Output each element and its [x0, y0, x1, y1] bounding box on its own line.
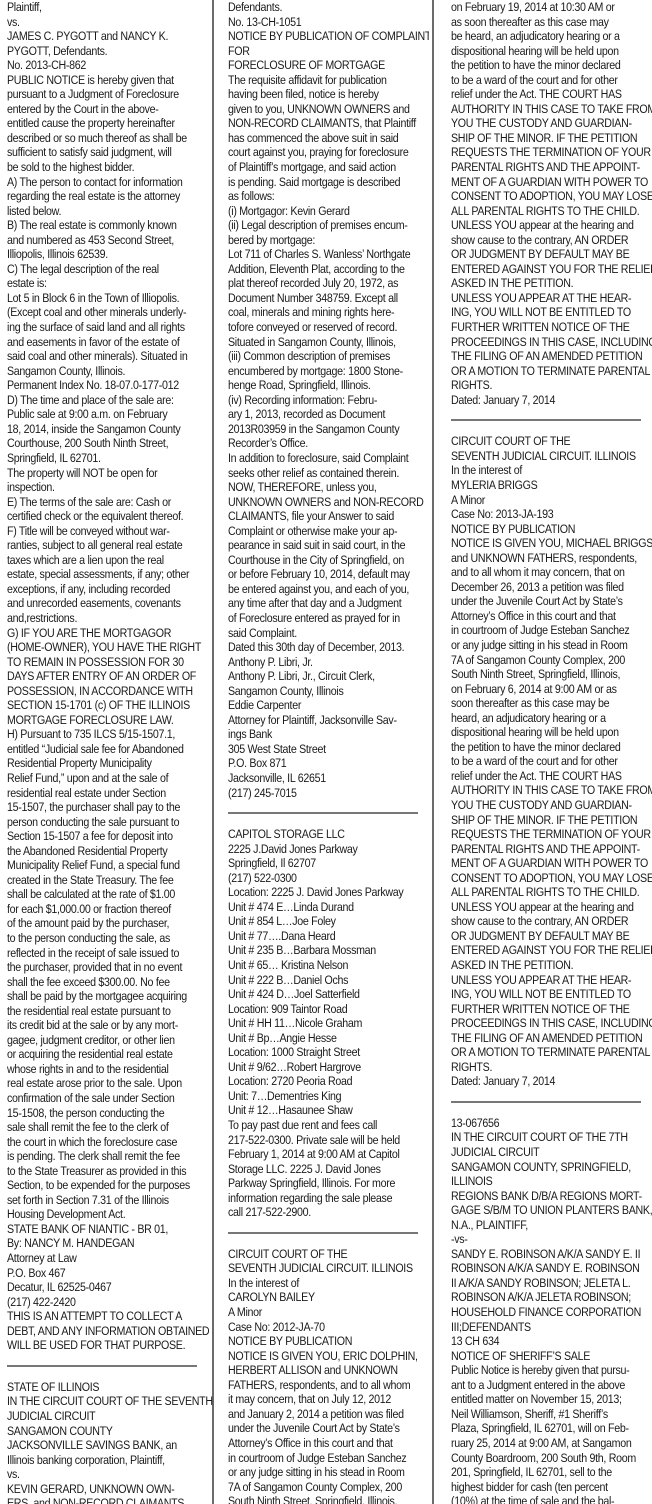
- notice-text-line: Unit # 474 E…Linda Durand: [228, 900, 423, 915]
- notice-text-line: Unit: 7…Dementries King: [228, 1089, 423, 1104]
- notice-separator: [228, 1232, 418, 1234]
- notice-text-line: entitled matter on November 15, 2013;: [451, 1392, 650, 1407]
- notice-text-line: the court in which the foreclosure case: [7, 1135, 209, 1150]
- notice-text-line: C) The legal description of the real: [7, 262, 209, 277]
- notice-text-line: be sold to the highest bidder.: [7, 160, 209, 175]
- notice-text-line: soon thereafter as this case may be: [451, 696, 650, 711]
- notice-text-line: CAPITOL STORAGE LLC: [228, 827, 423, 842]
- notice-text-line: Relief Fund,” upon and at the sale of: [7, 771, 209, 786]
- notice-text-line: be heard, an adjudicatory hearing or a: [451, 29, 650, 44]
- notice-text-line: Dated this 30th day of December, 2013.: [228, 640, 423, 655]
- notice-text-line: Defendants.: [228, 0, 423, 15]
- notice-text-line: The property will NOT be open for: [7, 466, 209, 481]
- notice-text-line: DEBT, AND ANY INFORMATION OBTAINED: [7, 1324, 209, 1339]
- notice-text-line: 15-1508, the person conducting the: [7, 1106, 209, 1121]
- notice-text-line: ALL PARENTAL RIGHTS TO THE CHILD.: [451, 885, 650, 900]
- notice-text-line: described or so much thereof as shall be: [7, 131, 209, 146]
- notice-text-line: Location: 909 Taintor Road: [228, 1002, 423, 1017]
- notice-text-line: is pending. Said mortgage is described: [228, 175, 423, 190]
- juvenile-notice-carolyn-bailey-continued: on February 19, 2014 at 10:30 AM oras so…: [451, 0, 650, 407]
- notice-text-line: Anthony P. Libri, Jr., Circuit Clerk,: [228, 669, 423, 684]
- notice-text-line: (217) 522-0300: [228, 871, 423, 886]
- notice-text-line: listed below.: [7, 204, 209, 219]
- notice-text-line: No. 2013-CH-862: [7, 58, 209, 73]
- notice-text-line: JUDICIAL CIRCUIT: [451, 1145, 650, 1160]
- notice-text-line: ILLINOIS: [451, 1174, 650, 1189]
- notice-text-line: 7A of Sangamon County Complex, 200: [451, 653, 650, 668]
- notice-text-line: NON-RECORD CLAIMANTS, that Plaintiff: [228, 116, 423, 131]
- notice-text-line: UNLESS YOU appear at the hearing and: [451, 218, 650, 233]
- notice-text-line: Residential Property Municipality: [7, 756, 209, 771]
- notice-text-line: be entered against you, and each of you,: [228, 582, 423, 597]
- notice-text-line: December 26, 2013 a petition was filed: [451, 580, 650, 595]
- notice-text-line: P.O. Box 871: [228, 756, 423, 771]
- notice-text-line: call 217-522-2900.: [228, 1205, 423, 1220]
- notice-text-line: reflected in the receipt of sale issued …: [7, 946, 209, 961]
- notice-text-line: III;DEFENDANTS: [451, 1320, 650, 1335]
- notice-separator: [451, 1101, 641, 1103]
- notice-text-line: Section 15-1507 a fee for deposit into: [7, 829, 209, 844]
- notice-text-line: Courthouse in the City of Springfield, o…: [228, 553, 423, 568]
- notice-text-line: 18, 2014, inside the Sangamon County: [7, 422, 209, 437]
- notice-text-line: MENT OF A GUARDIAN WITH POWER TO: [451, 175, 650, 190]
- notice-text-line: Springfield, Il 62707: [228, 856, 423, 871]
- notice-text-line: UNLESS YOU APPEAR AT THE HEAR-: [451, 973, 650, 988]
- notice-text-line: or acquiring the residential real estate: [7, 1047, 209, 1062]
- notice-text-line: of Foreclosure entered as prayed for in: [228, 611, 423, 626]
- notice-text-line: ROBINSON A/K/A JELETA ROBINSON;: [451, 1290, 650, 1305]
- notice-text-line: relief under the Act. THE COURT HAS: [451, 87, 650, 102]
- juvenile-notice-myleria-briggs: CIRCUIT COURT OF THESEVENTH JUDICIAL CIR…: [451, 434, 650, 1089]
- notice-text-line: Neil Williamson, Sheriff, #1 Sheriff’s: [451, 1407, 650, 1422]
- notice-text-line: Unit # 9/62…Robert Hargrove: [228, 1060, 423, 1075]
- notice-text-line: (HOME-OWNER), YOU HAVE THE RIGHT: [7, 640, 209, 655]
- notice-text-line: on February 19, 2014 at 10:30 AM or: [451, 0, 650, 15]
- notice-text-line: CAROLYN BAILEY: [228, 1290, 423, 1305]
- notice-text-line: vs.: [7, 1467, 209, 1482]
- notice-text-line: SHIP OF THE MINOR. IF THE PETITION: [451, 131, 650, 146]
- notice-text-line: to be a ward of the court and for other: [451, 73, 650, 88]
- notice-text-line: exceptions, if any, including recorded: [7, 582, 209, 597]
- juvenile-notice-carolyn-bailey: CIRCUIT COURT OF THESEVENTH JUDICIAL CIR…: [228, 1247, 423, 1504]
- notice-text-line: Sangamon County, Illinois: [228, 684, 423, 699]
- notice-text-line: it may concern, that on July 12, 2012: [228, 1392, 423, 1407]
- notice-text-line: ranties, subject to all general real est…: [7, 538, 209, 553]
- notice-text-line: THIS IS AN ATTEMPT TO COLLECT A: [7, 1309, 209, 1324]
- notice-text-line: NOTICE IS GIVEN YOU, MICHAEL BRIGGS: [451, 536, 650, 551]
- notice-text-line: ing the surface of said land and all rig…: [7, 320, 209, 335]
- notice-text-line: E) The terms of the sale are: Cash or: [7, 495, 209, 510]
- notice-text-line: Section, to be expended for the purposes: [7, 1178, 209, 1193]
- notice-text-line: said coal and other minerals). Situated …: [7, 349, 209, 364]
- notice-text-line: 2013R03959 in the Sangamon County: [228, 422, 423, 437]
- notice-text-line: SECTION 15-1701 (c) OF THE ILLINOIS: [7, 698, 209, 713]
- notice-text-line: IN THE CIRCUIT COURT OF THE SEVENTH: [7, 1394, 209, 1409]
- notice-text-line: the petition to have the minor declared: [451, 58, 650, 73]
- notice-text-line: taxes which are a lien upon the real: [7, 553, 209, 568]
- notice-text-line: NOTICE OF SHERIFF’S SALE: [451, 1349, 650, 1364]
- notice-text-line: A) The person to contact for information: [7, 175, 209, 190]
- notice-text-line: of Plaintiff’s mortgage, and said action: [228, 160, 423, 175]
- notice-text-line: sale shall remit the fee to the clerk of: [7, 1120, 209, 1135]
- notice-text-line: SANDY E. ROBINSON A/K/A SANDY E. II: [451, 1247, 650, 1262]
- notice-text-line: in courtroom of Judge Esteban Sanchez: [228, 1451, 423, 1466]
- notice-text-line: Lot 5 in Block 6 in the Town of Illiopol…: [7, 291, 209, 306]
- notice-text-line: By: NANCY M. HANDEGAN: [7, 1236, 209, 1251]
- notice-text-line: and numbered as 453 Second Street,: [7, 233, 209, 248]
- notice-text-line: Unit # 424 D…Joel Satterfield: [228, 987, 423, 1002]
- complaint-foreclosure-notice-gerard: Defendants.No. 13-CH-1051NOTICE BY PUBLI…: [228, 0, 423, 800]
- notice-text-line: henge Road, Springfield, Illinois.: [228, 378, 423, 393]
- notice-text-line: person conducting the sale pursuant to: [7, 815, 209, 830]
- notice-text-line: FATHERS, respondents, and to all whom: [228, 1378, 423, 1393]
- notice-text-line: the residential real estate pursuant to: [7, 1004, 209, 1019]
- notice-text-line: PROCEEDINGS IN THIS CASE, INCLUDING: [451, 1016, 650, 1031]
- notice-text-line: OR JUDGMENT BY DEFAULT MAY BE: [451, 929, 650, 944]
- notice-text-line: Unit # 77….Dana Heard: [228, 929, 423, 944]
- notice-separator: [451, 419, 641, 421]
- notice-text-line: KEVIN GERARD, UNKNOWN OWN-: [7, 1482, 209, 1497]
- notice-text-line: GAGE S/B/M TO UNION PLANTERS BANK,: [451, 1203, 650, 1218]
- notice-text-line: CIRCUIT COURT OF THE: [451, 434, 650, 449]
- notice-text-line: as follows:: [228, 189, 423, 204]
- notice-text-line: AUTHORITY IN THIS CASE TO TAKE FROM: [451, 102, 650, 117]
- notice-text-line: regarding the real estate is the attorne…: [7, 189, 209, 204]
- notice-text-line: Unit # 65… Kristina Nelson: [228, 958, 423, 973]
- notice-text-line: set forth in Section 7.31 of the Illinoi…: [7, 1193, 209, 1208]
- notice-text-line: dispositional hearing will be held upon: [451, 44, 650, 59]
- notice-text-line: Decatur, IL 62525-0467: [7, 1280, 209, 1295]
- notice-text-line: entitled cause the property hereinafter: [7, 116, 209, 131]
- notice-text-line: A Minor: [228, 1305, 423, 1320]
- notice-text-line: Sangamon County, Illinois.: [7, 364, 209, 379]
- notice-text-line: PARENTAL RIGHTS AND THE APPOINT-: [451, 160, 650, 175]
- notice-text-line: Location: 2225 J. David Jones Parkway: [228, 885, 423, 900]
- notice-text-line: has commenced the above suit in said: [228, 131, 423, 146]
- notice-text-line: HOUSEHOLD FINANCE CORPORATION: [451, 1305, 650, 1320]
- notice-text-line: PUBLIC NOTICE is hereby given that: [7, 73, 209, 88]
- notice-text-line: N.A., PLAINTIFF,: [451, 1218, 650, 1233]
- notice-text-line: Unit # 222 B…Daniel Ochs: [228, 973, 423, 988]
- notice-text-line: court against you, praying for foreclosu…: [228, 145, 423, 160]
- notice-text-line: P.O. Box 467: [7, 1266, 209, 1281]
- notice-text-line: II A/K/A SANDY ROBINSON; JELETA L.: [451, 1276, 650, 1291]
- notice-text-line: heard, an adjudicatory hearing or a: [451, 711, 650, 726]
- notice-text-line: bered by mortgage:: [228, 233, 423, 248]
- notice-text-line: STATE OF ILLINOIS: [7, 1380, 209, 1395]
- notice-text-line: residential real estate under Section: [7, 786, 209, 801]
- notice-text-line: shall be calculated at the rate of $1.00: [7, 887, 209, 902]
- notice-text-line: South Ninth Street, Springfield, Illinoi…: [451, 667, 650, 682]
- notice-text-line: NOTICE BY PUBLICATION: [228, 1334, 423, 1349]
- notice-text-line: Unit # Bp…Angie Hesse: [228, 1031, 423, 1046]
- notice-text-line: Municipality Relief Fund, a special fund: [7, 858, 209, 873]
- notice-text-line: ant to a Judgment entered in the above: [451, 1378, 650, 1393]
- notice-text-line: to the person conducting the sale, as: [7, 931, 209, 946]
- notice-text-line: real estate arose prior to the sale. Upo…: [7, 1076, 209, 1091]
- notice-text-line: CONSENT TO ADOPTION, YOU MAY LOSE: [451, 189, 650, 204]
- notice-text-line: FORECLOSURE OF MORTGAGE: [228, 58, 423, 73]
- notice-text-line: the purchaser, provided that in no event: [7, 960, 209, 975]
- notice-text-line: 15-1507, the purchaser shall pay to the: [7, 800, 209, 815]
- notice-text-line: CIRCUIT COURT OF THE: [228, 1247, 423, 1262]
- notice-text-line: NOW, THEREFORE, unless you,: [228, 480, 423, 495]
- notice-text-line: G) IF YOU ARE THE MORTGAGOR: [7, 626, 209, 641]
- notice-text-line: THE FILING OF AN AMENDED PETITION: [451, 1031, 650, 1046]
- notice-text-line: the petition to have the minor declared: [451, 740, 650, 755]
- notice-text-line: as soon thereafter as this case may: [451, 15, 650, 30]
- notice-text-line: gagee, judgment creditor, or other lien: [7, 1033, 209, 1048]
- notice-text-line: Dated: January 7, 2014: [451, 1074, 650, 1089]
- notice-text-line: Anthony P. Libri, Jr.: [228, 655, 423, 670]
- notice-text-line: SEVENTH JUDICIAL CIRCUIT. ILLINOIS: [228, 1261, 423, 1276]
- notice-text-line: Dated: January 7, 2014: [451, 393, 650, 408]
- notice-text-line: SANGAMON COUNTY, SPRINGFIELD,: [451, 1160, 650, 1175]
- notice-text-line: ASKED IN THE PETITION.: [451, 958, 650, 973]
- notice-text-line: encumbered by mortgage: 1800 Stone-: [228, 364, 423, 379]
- notice-text-line: UNLESS YOU APPEAR AT THE HEAR-: [451, 291, 650, 306]
- notice-text-line: (iv) Recording information: Febru-: [228, 393, 423, 408]
- notice-text-line: A Minor: [451, 493, 650, 508]
- notice-text-line: (217) 422-2420: [7, 1295, 209, 1310]
- notice-text-line: highest bidder for cash (ten percent: [451, 1480, 650, 1495]
- notice-text-line: ENTERED AGAINST YOU FOR THE RELIEF: [451, 943, 650, 958]
- column-3: on February 19, 2014 at 10:30 AM oras so…: [430, 0, 652, 1504]
- notice-text-line: and to all whom it may concern, that on: [451, 565, 650, 580]
- notice-text-line: Attorney’s Office in this court and that: [228, 1436, 423, 1451]
- notice-text-line: CONSENT TO ADOPTION, YOU MAY LOSE: [451, 871, 650, 886]
- notice-text-line: Lot 711 of Charles S. Wanless’ Northgate: [228, 247, 423, 262]
- notice-text-line: ING, YOU WILL NOT BE ENTITLED TO: [451, 987, 650, 1002]
- notice-text-line: UNLESS YOU appear at the hearing and: [451, 900, 650, 915]
- notice-text-line: YOU THE CUSTODY AND GUARDIAN-: [451, 798, 650, 813]
- notice-text-line: to be a ward of the court and for other: [451, 754, 650, 769]
- notice-text-line: Situated in Sangamon County, Illinois,: [228, 335, 423, 350]
- notice-text-line: SHIP OF THE MINOR. IF THE PETITION: [451, 813, 650, 828]
- column-1: Plaintiff,vs.JAMES C. PYGOTT and NANCY K…: [0, 0, 213, 1504]
- notice-text-line: (ii) Legal description of premises encum…: [228, 218, 423, 233]
- notice-text-line: In the interest of: [228, 1276, 423, 1291]
- notice-text-line: 7A of Sangamon County Complex, 200: [228, 1480, 423, 1495]
- notice-text-line: WILL BE USED FOR THAT PURPOSE.: [7, 1338, 209, 1353]
- notice-text-line: Unit # 12…Hasaunee Shaw: [228, 1103, 423, 1118]
- notice-text-line: Case No: 2013-JA-193: [451, 507, 650, 522]
- notice-text-line: Plaintiff,: [7, 0, 209, 15]
- notice-text-line: (i) Mortgagor: Kevin Gerard: [228, 204, 423, 219]
- notice-text-line: seeks other relief as contained therein.: [228, 466, 423, 481]
- notice-text-line: THE FILING OF AN AMENDED PETITION: [451, 349, 650, 364]
- notice-text-line: FURTHER WRITTEN NOTICE OF THE: [451, 1002, 650, 1017]
- notice-text-line: F) Title will be conveyed without war-: [7, 524, 209, 539]
- notice-text-line: on February 6, 2014 at 9:00 AM or as: [451, 682, 650, 697]
- notice-text-line: coal, minerals and mining rights here-: [228, 305, 423, 320]
- notice-text-line: (10%) at the time of sale and the bal-: [451, 1494, 650, 1504]
- notice-text-line: ERS, and NON-RECORD CLAIMANTS,: [7, 1496, 209, 1504]
- notice-text-line: and January 2, 2014 a petition was filed: [228, 1407, 423, 1422]
- notice-text-line: in courtroom of Judge Esteban Sanchez: [451, 623, 650, 638]
- notice-text-line: dispositional hearing will be held upon: [451, 725, 650, 740]
- notice-text-line: Public Notice is hereby given that pursu…: [451, 1363, 650, 1378]
- notice-text-line: 2225 J.David Jones Parkway: [228, 842, 423, 857]
- notice-text-line: 13 CH 634: [451, 1334, 650, 1349]
- notice-text-line: ROBINSON A/K/A SANDY E. ROBINSON: [451, 1261, 650, 1276]
- notice-text-line: plat thereof recorded July 20, 1972, as: [228, 276, 423, 291]
- notice-text-line: HERBERT ALLISON and UNKNOWN: [228, 1363, 423, 1378]
- notice-text-line: and easements in favor of the estate of: [7, 335, 209, 350]
- notice-text-line: Courthouse, 200 South Ninth Street,: [7, 436, 209, 451]
- notice-text-line: 217-522-0300. Private sale will be held: [228, 1133, 423, 1148]
- notice-text-line: MORTGAGE FORECLOSURE LAW.: [7, 713, 209, 728]
- notice-text-line: information regarding the sale please: [228, 1191, 423, 1206]
- notice-text-line: Housing Development Act.: [7, 1207, 209, 1222]
- notice-text-line: estate, special assessments, if any; oth…: [7, 567, 209, 582]
- notice-text-line: POSSESSION, IN ACCORDANCE WITH: [7, 684, 209, 699]
- notice-text-line: Parkway Springfield, Illinois. For more: [228, 1176, 423, 1191]
- notice-text-line: To pay past due rent and fees call: [228, 1118, 423, 1133]
- notice-text-line: ary 1, 2013, recorded as Document: [228, 407, 423, 422]
- notice-text-line: pursuant to a Judgment of Foreclosure: [7, 87, 209, 102]
- jacksonville-savings-bank-notice: STATE OF ILLINOISIN THE CIRCUIT COURT OF…: [7, 1380, 209, 1504]
- notice-text-line: OR JUDGMENT BY DEFAULT MAY BE: [451, 247, 650, 262]
- notice-text-line: (217) 245-7015: [228, 786, 423, 801]
- notice-text-line: show cause to the contrary, AN ORDER: [451, 233, 650, 248]
- notice-text-line: show cause to the contrary, AN ORDER: [451, 914, 650, 929]
- notice-text-line: NOTICE IS GIVEN YOU, ERIC DOLPHIN,: [228, 1349, 423, 1364]
- notice-text-line: STATE BANK OF NIANTIC - BR 01,: [7, 1222, 209, 1237]
- notice-text-line: OR A MOTION TO TERMINATE PARENTAL: [451, 1045, 650, 1060]
- notice-text-line: tofore conveyed or reserved of record.: [228, 320, 423, 335]
- notice-text-line: Eddie Carpenter: [228, 698, 423, 713]
- notice-text-line: Addition, Eleventh Plat, according to th…: [228, 262, 423, 277]
- notice-text-line: ruary 25, 2014 at 9:00 AM, at Sangamon: [451, 1436, 650, 1451]
- notice-text-line: D) The time and place of the sale are:: [7, 393, 209, 408]
- notice-text-line: created in the State Treasury. The fee: [7, 873, 209, 888]
- notice-text-line: ING, YOU WILL NOT BE ENTITLED TO: [451, 305, 650, 320]
- notice-text-line: or any judge sitting in his stead in Roo…: [451, 638, 650, 653]
- notice-text-line: or any judge sitting in his stead in Roo…: [228, 1465, 423, 1480]
- notice-text-line: Plaza, Springfield, IL 62701, will on Fe…: [451, 1421, 650, 1436]
- notice-text-line: its credit bid at the sale or by any mor…: [7, 1018, 209, 1033]
- notice-text-line: DAYS AFTER ENTRY OF AN ORDER OF: [7, 669, 209, 684]
- notice-text-line: whose rights in and to the residential: [7, 1062, 209, 1077]
- notice-text-line: JUDICIAL CIRCUIT: [7, 1409, 209, 1424]
- notice-text-line: JAMES C. PYGOTT and NANCY K.: [7, 29, 209, 44]
- notice-text-line: In addition to foreclosure, said Complai…: [228, 451, 423, 466]
- notice-text-line: Location: 2720 Peoria Road: [228, 1074, 423, 1089]
- notice-text-line: Springfield, IL 62701.: [7, 451, 209, 466]
- notice-text-line: or before February 10, 2014, default may: [228, 567, 423, 582]
- notice-text-line: Unit # HH 11…Nicole Graham: [228, 1016, 423, 1031]
- notice-text-line: sufficient to satisfy said judgment, wil…: [7, 145, 209, 160]
- notice-text-line: Permanent Index No. 18-07.0-177-012: [7, 378, 209, 393]
- notice-text-line: shall the fee exceed $300.00. No fee: [7, 975, 209, 990]
- notice-text-line: shall be paid by the mortgagee acquiring: [7, 989, 209, 1004]
- notice-text-line: UNKNOWN OWNERS and NON-RECORD: [228, 495, 423, 510]
- notice-text-line: REQUESTS THE TERMINATION OF YOUR: [451, 145, 650, 160]
- notice-text-line: given to you, UNKNOWN OWNERS and: [228, 102, 423, 117]
- notice-text-line: Attorney at Law: [7, 1251, 209, 1266]
- notice-text-line: In the interest of: [451, 463, 650, 478]
- notice-text-line: vs.: [7, 15, 209, 30]
- notice-text-line: (iii) Common description of premises: [228, 349, 423, 364]
- notice-text-line: under the Juvenile Court Act by State’s: [451, 594, 650, 609]
- notice-text-line: inspection.: [7, 480, 209, 495]
- notice-text-line: ENTERED AGAINST YOU FOR THE RELIEF: [451, 262, 650, 277]
- notice-text-line: (Except coal and other minerals underly-: [7, 305, 209, 320]
- notice-text-line: JACKSONVILLE SAVINGS BANK, an: [7, 1438, 209, 1453]
- notice-text-line: of the amount paid by the purchaser,: [7, 916, 209, 931]
- notice-text-line: RIGHTS.: [451, 378, 650, 393]
- notice-text-line: IN THE CIRCUIT COURT OF THE 7TH: [451, 1130, 650, 1145]
- notice-text-line: SANGAMON COUNTY: [7, 1424, 209, 1439]
- notice-text-line: Recorder’s Office.: [228, 436, 423, 451]
- notice-text-line: Jacksonville, IL 62651: [228, 771, 423, 786]
- notice-text-line: YOU THE CUSTODY AND GUARDIAN-: [451, 116, 650, 131]
- notice-text-line: Attorney’s Office in this court and that: [451, 609, 650, 624]
- notice-text-line: is pending. The clerk shall remit the fe…: [7, 1149, 209, 1164]
- notice-text-line: 201, Springfield, IL 62701, sell to the: [451, 1465, 650, 1480]
- notice-text-line: estate is:: [7, 276, 209, 291]
- notice-text-line: TO REMAIN IN POSSESSION FOR 30: [7, 655, 209, 670]
- notice-text-line: The requisite affidavit for publication: [228, 73, 423, 88]
- notice-text-line: February 1, 2014 at 9:00 AM at Capitol: [228, 1147, 423, 1162]
- sheriffs-sale-notice-robinson: 13-067656IN THE CIRCUIT COURT OF THE 7TH…: [451, 1116, 650, 1504]
- notice-text-line: having been filed, notice is hereby: [228, 87, 423, 102]
- notice-text-line: Public sale at 9:00 a.m. on February: [7, 407, 209, 422]
- notice-text-line: the Abandoned Residential Property: [7, 844, 209, 859]
- notice-text-line: -vs-: [451, 1232, 650, 1247]
- notice-text-line: SEVENTH JUDICIAL CIRCUIT. ILLINOIS: [451, 449, 650, 464]
- notice-text-line: under the Juvenile Court Act by State’s: [228, 1421, 423, 1436]
- notice-text-line: PYGOTT, Defendants.: [7, 44, 209, 59]
- foreclosure-sale-notice-pygott: Plaintiff,vs.JAMES C. PYGOTT and NANCY K…: [7, 0, 209, 1353]
- notice-text-line: FOR: [228, 44, 423, 59]
- notice-separator: [228, 812, 418, 814]
- notice-text-line: REGIONS BANK D/B/A REGIONS MORT-: [451, 1189, 650, 1204]
- notice-text-line: Storage LLC. 2225 J. David Jones: [228, 1162, 423, 1177]
- notice-text-line: Illiopolis, Illinois 62539.: [7, 247, 209, 262]
- notice-text-line: relief under the Act. THE COURT HAS: [451, 769, 650, 784]
- notice-text-line: PROCEEDINGS IN THIS CASE, INCLUDING: [451, 335, 650, 350]
- notice-text-line: 13-067656: [451, 1116, 650, 1131]
- notice-text-line: FURTHER WRITTEN NOTICE OF THE: [451, 320, 650, 335]
- notice-text-line: MENT OF A GUARDIAN WITH POWER TO: [451, 856, 650, 871]
- notice-text-line: County Boardroom, 200 South 9th, Room: [451, 1451, 650, 1466]
- notice-text-line: pearance in said suit in said court, in …: [228, 538, 423, 553]
- notice-text-line: any time after that day and a Judgment: [228, 596, 423, 611]
- notice-text-line: entered by the Court in the above-: [7, 102, 209, 117]
- notice-text-line: and unrecorded easements, covenants: [7, 596, 209, 611]
- notice-text-line: No. 13-CH-1051: [228, 15, 423, 30]
- notice-text-line: Case No: 2012-JA-70: [228, 1320, 423, 1335]
- notice-text-line: confirmation of the sale under Section: [7, 1091, 209, 1106]
- notice-text-line: to the State Treasurer as provided in th…: [7, 1164, 209, 1179]
- notice-text-line: Unit # 235 B…Barbara Mossman: [228, 943, 423, 958]
- notice-text-line: Document Number 348759. Except all: [228, 291, 423, 306]
- notice-text-line: Attorney for Plaintiff, Jacksonville Sav…: [228, 713, 423, 728]
- notice-text-line: ALL PARENTAL RIGHTS TO THE CHILD.: [451, 204, 650, 219]
- notice-text-line: Location: 1000 Straight Street: [228, 1045, 423, 1060]
- notice-text-line: ings Bank: [228, 727, 423, 742]
- notice-text-line: and UNKNOWN FATHERS, respondents,: [451, 551, 650, 566]
- notice-separator: [7, 1365, 197, 1367]
- notice-text-line: PARENTAL RIGHTS AND THE APPOINT-: [451, 842, 650, 857]
- notice-text-line: NOTICE BY PUBLICATION: [451, 522, 650, 537]
- capitol-storage-sale-notice: CAPITOL STORAGE LLC2225 J.David Jones Pa…: [228, 827, 423, 1220]
- notice-text-line: REQUESTS THE TERMINATION OF YOUR: [451, 827, 650, 842]
- notice-text-line: NOTICE BY PUBLICATION OF COMPLAINT: [228, 29, 423, 44]
- notice-text-line: ASKED IN THE PETITION.: [451, 276, 650, 291]
